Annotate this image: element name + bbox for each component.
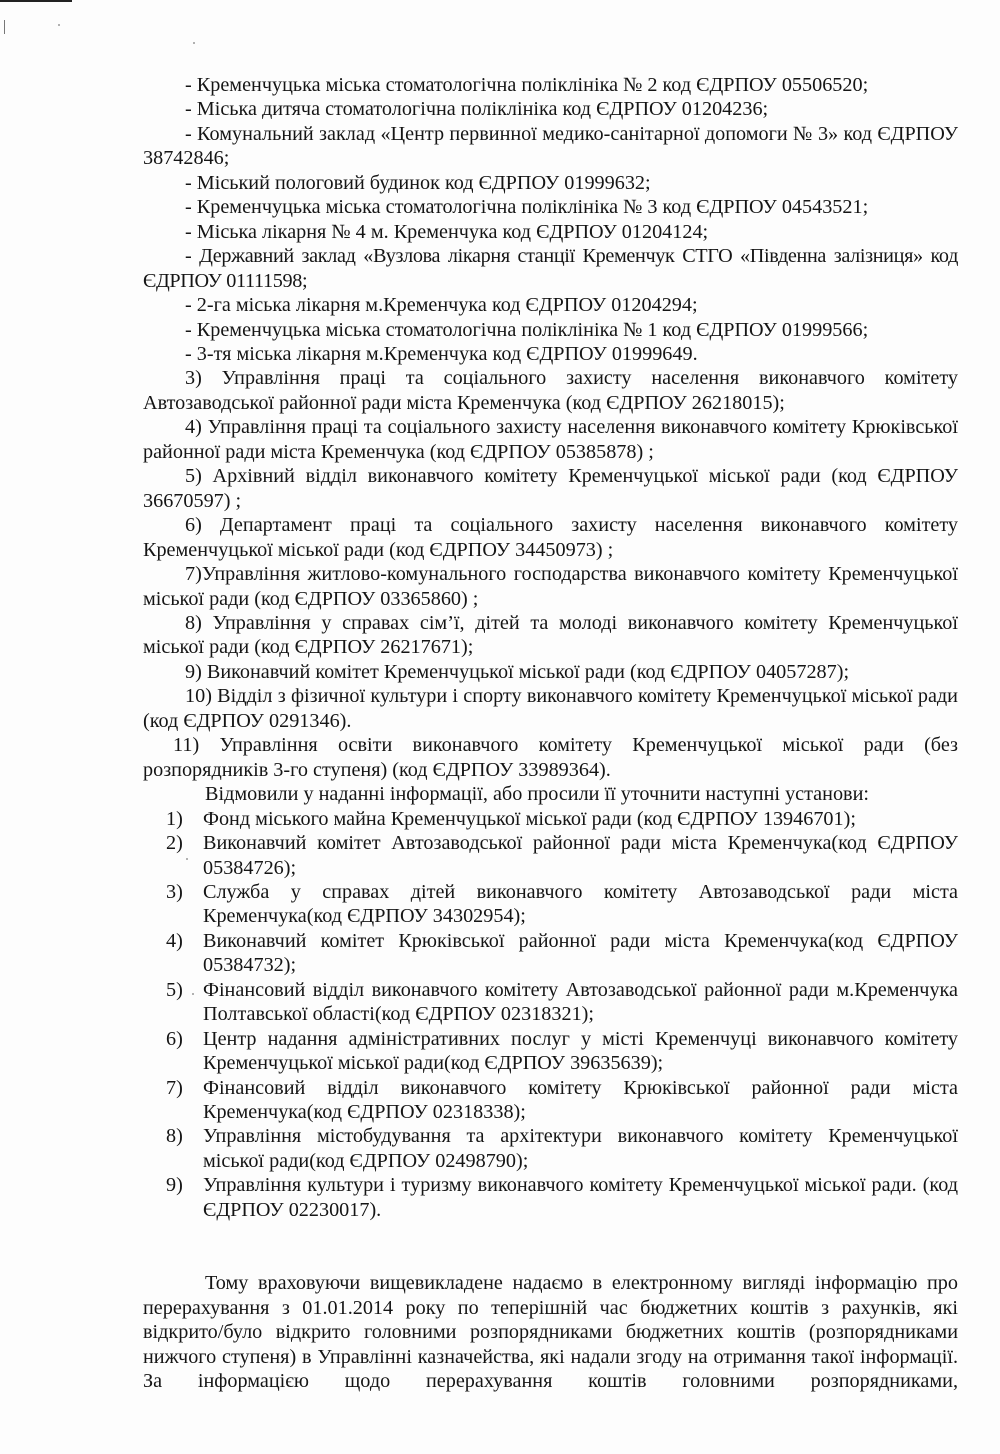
- closing-paragraph: Тому враховуючи вищевикладене надаємо в …: [143, 1271, 958, 1393]
- numbered-item: 6) Департамент праці та соціального захи…: [143, 513, 958, 562]
- item-text: Фінансовий відділ виконавчого комітету К…: [203, 1077, 958, 1123]
- numbered-item: 9) Виконавчий комітет Кременчуцької місь…: [143, 660, 958, 684]
- item-number: 5): [166, 978, 183, 1002]
- paragraph-gap: [143, 1222, 958, 1271]
- dash-item: - Кременчуцька міська стоматологічна пол…: [143, 195, 958, 219]
- item-text: Фінансовий відділ виконавчого комітету А…: [203, 979, 958, 1025]
- refused-item: 9)Управління культури і туризму виконавч…: [143, 1173, 958, 1222]
- refused-item: 5)Фінансовий відділ виконавчого комітету…: [143, 978, 958, 1027]
- numbered-item: 4) Управління праці та соціального захис…: [143, 415, 958, 464]
- refused-item: 6)Центр надання адміністративних послуг …: [143, 1027, 958, 1076]
- refused-item: 3)Служба у справах дітей виконавчого ком…: [143, 880, 958, 929]
- scanned-page: - Кременчуцька міська стоматологічна пол…: [0, 0, 1000, 1454]
- numbered-item: 3) Управління праці та соціального захис…: [143, 366, 958, 415]
- item-number: 8): [166, 1124, 183, 1148]
- dash-item: - 3-тя міська лікарня м.Кременчука код Є…: [143, 342, 958, 366]
- scan-speck: [193, 42, 195, 44]
- refused-list: 1)Фонд міського майна Кременчуцької місь…: [143, 807, 958, 1223]
- numbered-item: 10) Відділ з фізичної культури і спорту …: [143, 684, 958, 733]
- numbered-item: 8) Управління у справах сім’ї, дітей та …: [143, 611, 958, 660]
- refused-item: 7)Фінансовий відділ виконавчого комітету…: [143, 1076, 958, 1125]
- refused-item: 2)Виконавчий комітет Автозаводської райо…: [143, 831, 958, 880]
- scan-speck: [58, 24, 60, 26]
- dash-item: - Кременчуцька міська стоматологічна пол…: [143, 73, 958, 97]
- item-number: 1): [166, 807, 183, 831]
- item-text: Управління містобудування та архітектури…: [203, 1125, 958, 1171]
- scan-edge-mark: [0, 0, 72, 2]
- numbered-item: 7)Управління житлово-комунального господ…: [143, 562, 958, 611]
- item-number: 4): [166, 929, 183, 953]
- item-text: Управління культури і туризму виконавчог…: [203, 1174, 958, 1220]
- item-number: 7): [166, 1076, 183, 1100]
- item-text: Служба у справах дітей виконавчого коміт…: [203, 881, 958, 927]
- numbered-item: 5) Архівний відділ виконавчого комітету …: [143, 464, 958, 513]
- dash-item: - 2-га міська лікарня м.Кременчука код Є…: [143, 293, 958, 317]
- item-text: Фонд міського майна Кременчуцької місько…: [203, 808, 856, 830]
- dash-item: - Кременчуцька міська стоматологічна пол…: [143, 318, 958, 342]
- item-number: 9): [166, 1173, 183, 1197]
- refused-heading: Відмовили у наданні інформації, або прос…: [143, 782, 958, 806]
- document-body: - Кременчуцька міська стоматологічна пол…: [143, 73, 958, 1394]
- dash-item: - Міська лікарня № 4 м. Кременчука код Є…: [143, 220, 958, 244]
- item-text: Виконавчий комітет Автозаводської районн…: [203, 832, 958, 878]
- refused-item: 1)Фонд міського майна Кременчуцької місь…: [143, 807, 958, 831]
- item-number: 3): [166, 880, 183, 904]
- dash-item: - Комунальний заклад «Центр первинної ме…: [143, 122, 958, 171]
- dash-item: - Міський пологовий будинок код ЄДРПОУ 0…: [143, 171, 958, 195]
- item-number: 2): [166, 831, 183, 855]
- refused-item: 4)Виконавчий комітет Крюківської районно…: [143, 929, 958, 978]
- refused-item: 8)Управління містобудування та архітекту…: [143, 1124, 958, 1173]
- dash-item: - Державний заклад «Вузлова лікарня стан…: [143, 244, 958, 293]
- scan-margin-mark: [4, 20, 5, 34]
- dash-item: - Міська дитяча стоматологічна полікліні…: [143, 97, 958, 121]
- item-text: Центр надання адміністративних послуг у …: [203, 1028, 958, 1074]
- item-text: Виконавчий комітет Крюківської районної …: [203, 930, 958, 976]
- item-number: 6): [166, 1027, 183, 1051]
- numbered-item: 11) Управління освіти виконавчого коміте…: [143, 733, 958, 782]
